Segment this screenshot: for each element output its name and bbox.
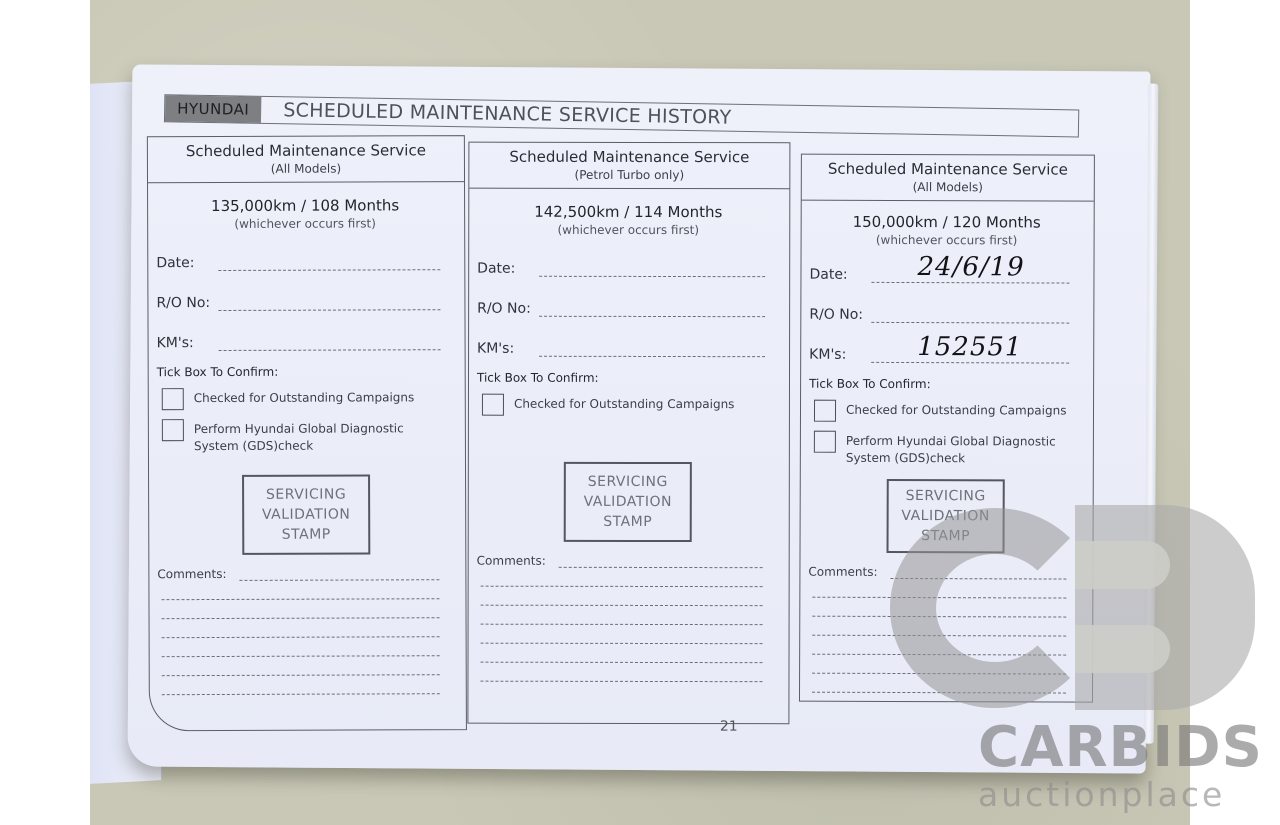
gds-checkbox[interactable] — [162, 419, 184, 441]
card-header: Scheduled Maintenance Service (All Model… — [148, 136, 464, 183]
date-field[interactable]: Date: — [477, 255, 779, 278]
card-subtitle: (All Models) — [806, 180, 1090, 195]
campaigns-label: Checked for Outstanding Campaigns — [194, 387, 415, 407]
ro-number-field[interactable]: R/O No: — [477, 295, 779, 318]
interval-note: (whichever occurs first) — [810, 233, 1084, 248]
watermark-b-icon — [1075, 505, 1255, 710]
comment-line[interactable] — [481, 568, 763, 587]
service-card-142500: Scheduled Maintenance Service (Petrol Tu… — [467, 142, 790, 725]
kms-label: KM's: — [477, 341, 539, 357]
comment-line[interactable] — [162, 675, 440, 695]
page-header: HYUNDAI SCHEDULED MAINTENANCE SERVICE HI… — [164, 94, 1079, 137]
check-row-campaigns: Checked for Outstanding Campaigns — [157, 387, 455, 410]
service-interval: 150,000km / 120 Months — [810, 213, 1084, 232]
service-interval: 142,500km / 114 Months — [477, 203, 779, 222]
page-title: SCHEDULED MAINTENANCE SERVICE HISTORY — [261, 97, 732, 131]
date-label: Date: — [809, 267, 871, 283]
card-title: Scheduled Maintenance Service — [473, 148, 785, 167]
campaigns-label: Checked for Outstanding Campaigns — [846, 400, 1067, 420]
comment-line[interactable] — [481, 644, 763, 663]
kms-line[interactable] — [539, 341, 765, 357]
validation-stamp-box: SERVICING VALIDATION STAMP — [564, 462, 692, 542]
card-body: 135,000km / 108 Months (whichever occurs… — [148, 182, 466, 695]
comment-line[interactable] — [162, 618, 440, 638]
stamp-line-1: SERVICING — [266, 485, 346, 505]
stamp-line-2: VALIDATION — [262, 505, 350, 525]
kms-line[interactable] — [219, 334, 441, 351]
campaigns-checkbox[interactable] — [814, 400, 836, 422]
kms-label: KM's: — [157, 335, 219, 351]
tick-box-title: Tick Box To Confirm: — [477, 371, 779, 386]
campaigns-label: Checked for Outstanding Campaigns — [514, 394, 735, 413]
kms-field[interactable]: KM's: — [477, 335, 779, 358]
kms-line[interactable]: 152551 — [871, 347, 1069, 364]
interval-note: (whichever occurs first) — [477, 223, 779, 238]
stamp-line-3: STAMP — [282, 525, 331, 545]
comments-label: Comments: — [157, 567, 239, 581]
comment-line[interactable] — [480, 663, 762, 682]
comment-line[interactable] — [161, 599, 439, 619]
comments-line[interactable] — [559, 558, 763, 568]
card-header: Scheduled Maintenance Service (Petrol Tu… — [469, 143, 789, 190]
watermark-tagline: auctionplace — [978, 775, 1225, 814]
card-title: Scheduled Maintenance Service — [152, 141, 460, 160]
date-field[interactable]: Date: — [156, 248, 454, 271]
date-line[interactable]: 24/6/19 — [871, 267, 1069, 284]
interval-note: (whichever occurs first) — [156, 216, 454, 231]
comment-line[interactable] — [162, 637, 440, 657]
card-subtitle: (Petrol Turbo only) — [473, 168, 785, 183]
watermark-brand: CARBIDS — [978, 715, 1263, 780]
date-label: Date: — [477, 261, 539, 277]
ro-number-field[interactable]: R/O No: — [809, 301, 1083, 324]
service-card-135000: Scheduled Maintenance Service (All Model… — [147, 135, 467, 731]
card-body: 142,500km / 114 Months (whichever occurs… — [468, 189, 789, 683]
comments-field[interactable]: Comments: — [477, 554, 779, 569]
date-field[interactable]: Date: 24/6/19 — [809, 261, 1083, 284]
page-number: 21 — [720, 719, 738, 735]
comment-line[interactable] — [161, 580, 439, 600]
stamp-line-3: STAMP — [603, 512, 652, 532]
comments-label: Comments: — [477, 554, 559, 568]
ro-number-label: R/O No: — [809, 307, 871, 323]
comments-field[interactable]: Comments: — [157, 566, 455, 581]
date-line[interactable] — [539, 261, 765, 277]
stamp-line-2: VALIDATION — [584, 492, 672, 512]
kms-value: 152551 — [917, 332, 1022, 362]
ro-number-line[interactable] — [539, 301, 765, 317]
date-value: 24/6/19 — [917, 252, 1024, 282]
kms-field[interactable]: KM's: — [157, 328, 455, 351]
campaigns-checkbox[interactable] — [482, 394, 504, 416]
stamp-line-1: SERVICING — [906, 486, 986, 506]
campaigns-checkbox[interactable] — [162, 388, 184, 410]
date-line[interactable] — [218, 254, 440, 271]
card-title: Scheduled Maintenance Service — [806, 160, 1090, 179]
date-label: Date: — [156, 255, 218, 271]
tick-box-title: Tick Box To Confirm: — [809, 377, 1083, 392]
stamp-line-1: SERVICING — [588, 472, 668, 492]
kms-field[interactable]: KM's: 152551 — [809, 341, 1083, 364]
validation-stamp-box: SERVICING VALIDATION STAMP — [242, 474, 370, 554]
comment-line[interactable] — [162, 656, 440, 676]
check-row-gds: Perform Hyundai Global Diagnostic System… — [157, 418, 455, 455]
check-row-campaigns: Checked for Outstanding Campaigns — [477, 394, 779, 417]
tick-box-title: Tick Box To Confirm: — [157, 364, 455, 379]
comments-label: Comments: — [808, 565, 890, 579]
comments-line[interactable] — [239, 570, 439, 581]
ro-number-label: R/O No: — [156, 295, 218, 311]
card-subtitle: (All Models) — [152, 161, 460, 176]
ro-number-line[interactable] — [218, 294, 440, 311]
gds-label: Perform Hyundai Global Diagnostic System… — [846, 431, 1066, 468]
comment-line[interactable] — [481, 587, 763, 606]
card-header: Scheduled Maintenance Service (All Model… — [802, 155, 1094, 202]
gds-checkbox[interactable] — [814, 431, 836, 453]
watermark-fingerprint-c-icon — [890, 508, 1100, 708]
ro-number-line[interactable] — [871, 307, 1069, 324]
comment-line[interactable] — [481, 606, 763, 625]
comment-line[interactable] — [481, 625, 763, 644]
check-row-campaigns: Checked for Outstanding Campaigns — [809, 400, 1083, 423]
ro-number-label: R/O No: — [477, 301, 539, 317]
check-row-gds: Perform Hyundai Global Diagnostic System… — [809, 431, 1083, 468]
gds-label: Perform Hyundai Global Diagnostic System… — [194, 418, 414, 455]
ro-number-field[interactable]: R/O No: — [156, 288, 454, 311]
service-interval: 135,000km / 108 Months — [156, 196, 454, 215]
brand-logo: HYUNDAI — [165, 95, 262, 123]
kms-label: KM's: — [809, 347, 871, 363]
